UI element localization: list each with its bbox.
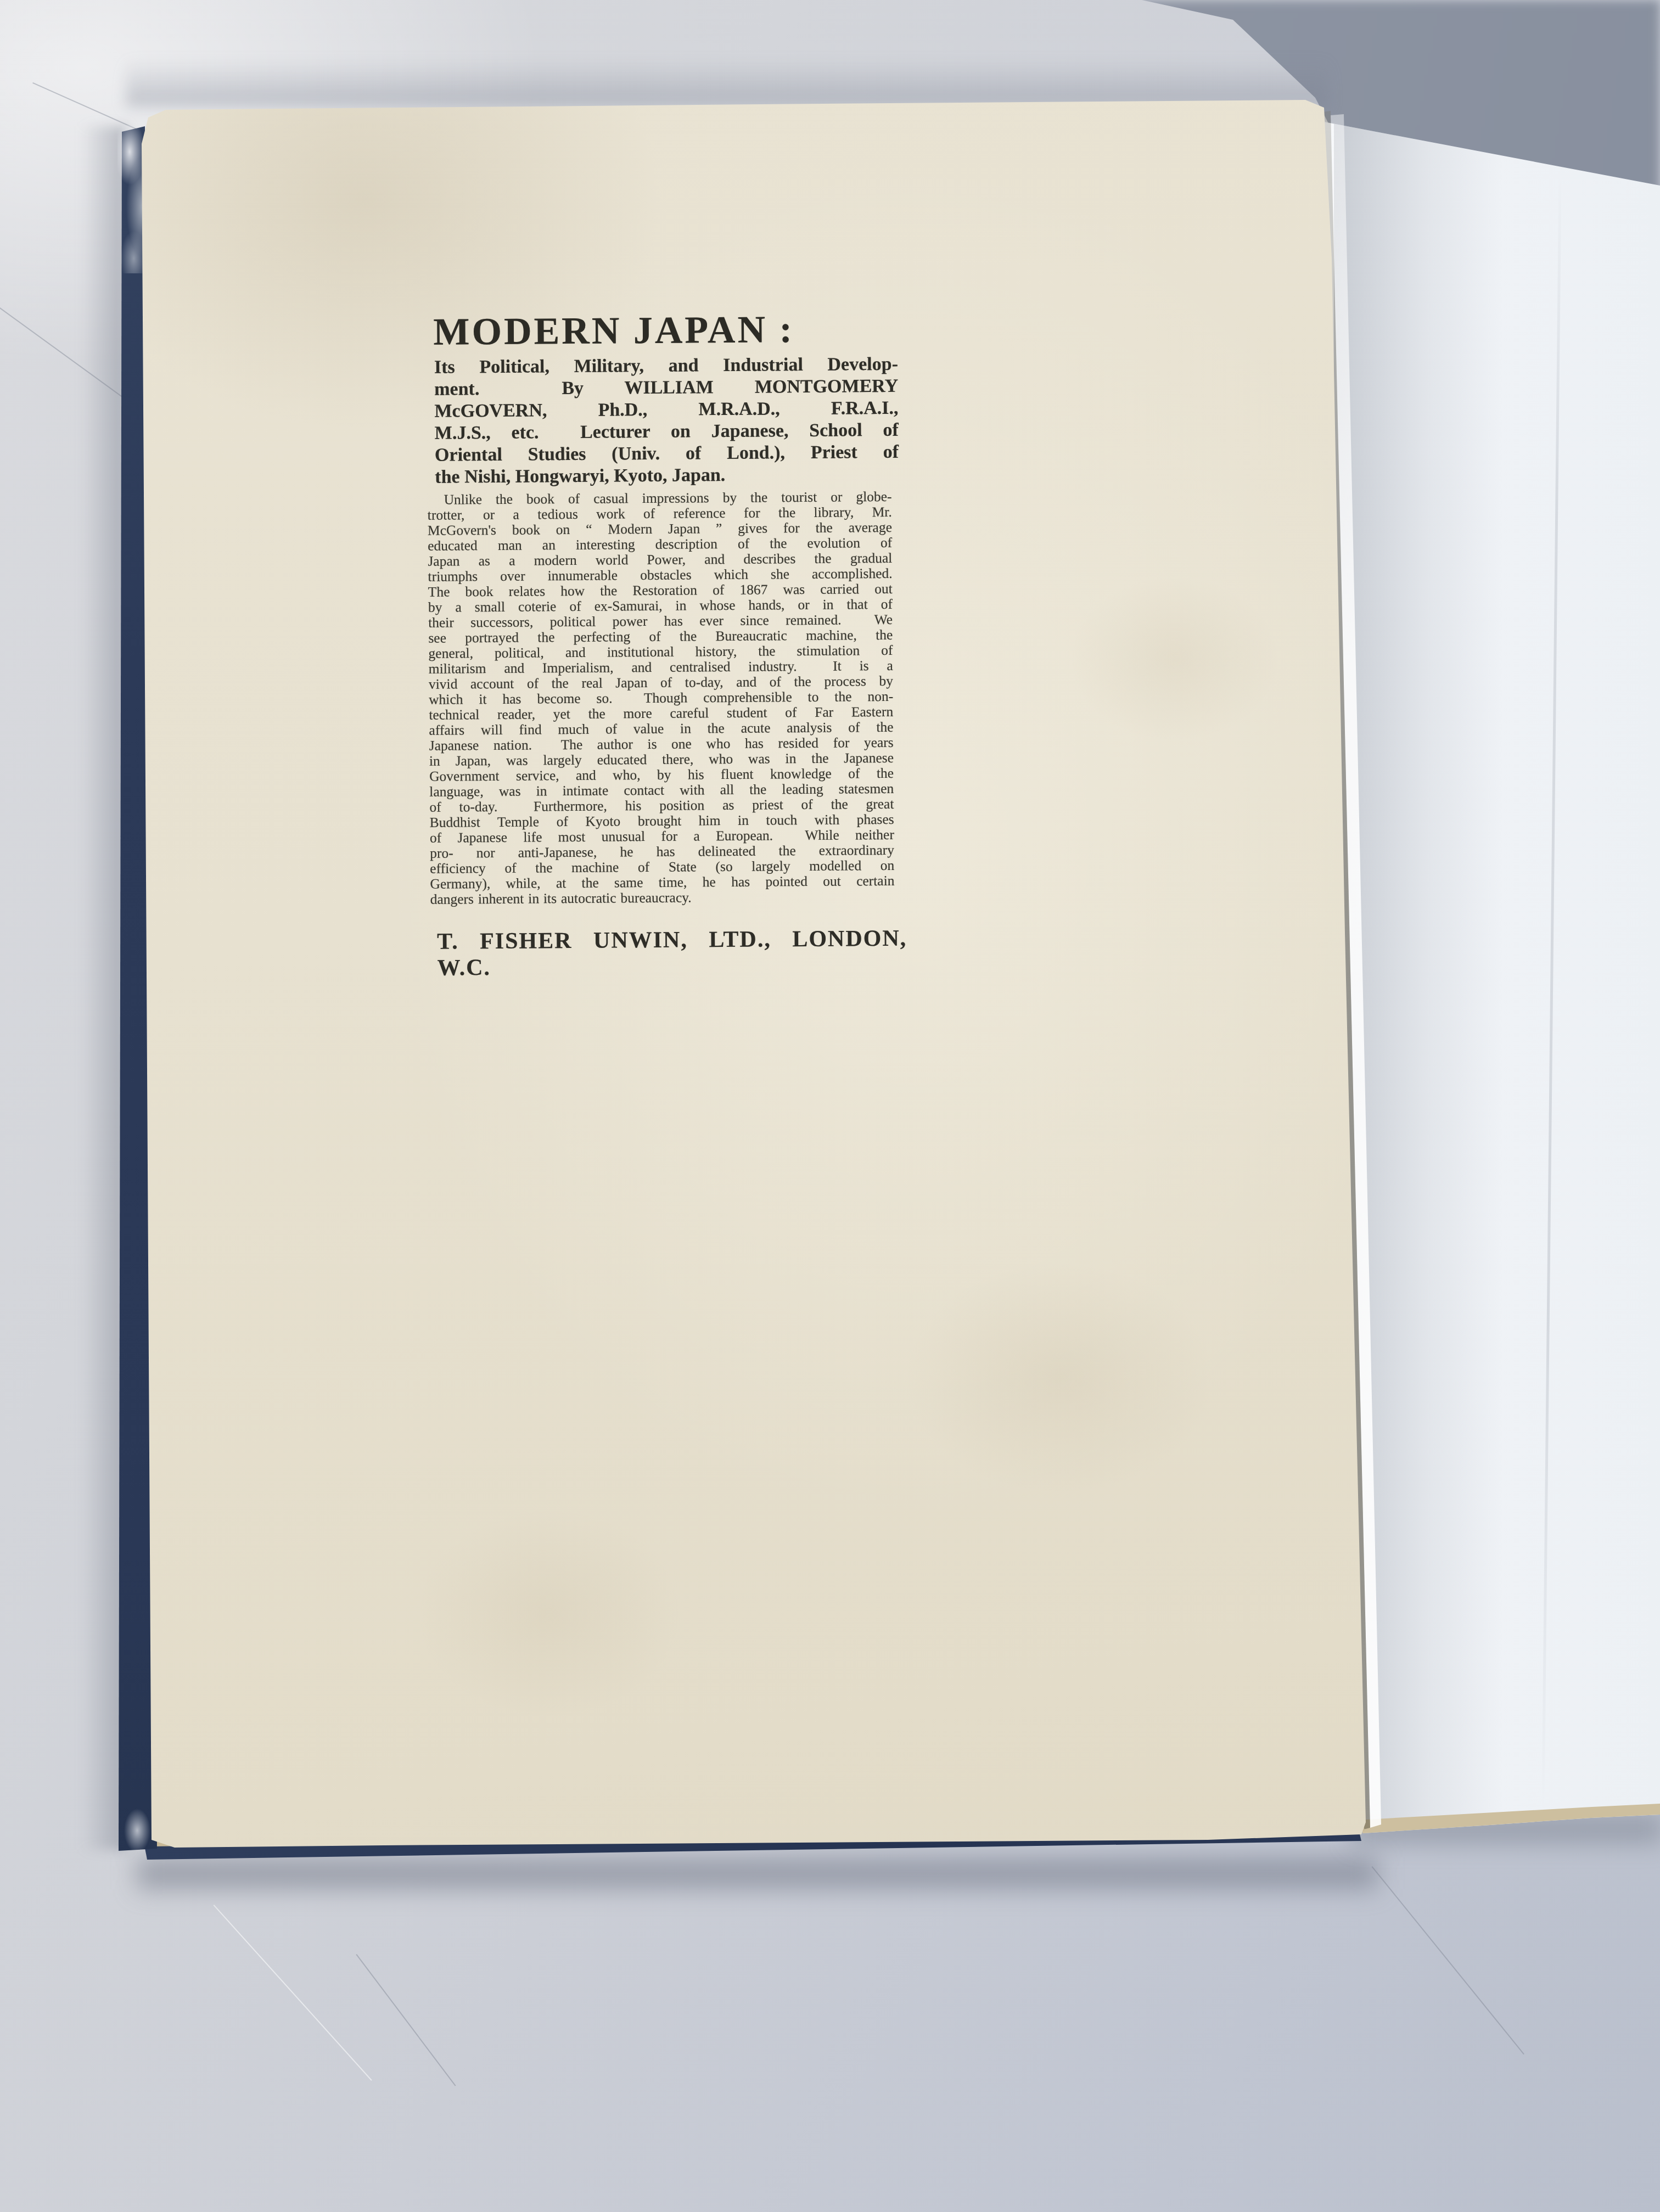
book-photo: MODERN JAPAN : Its Political, Military, … bbox=[0, 0, 1660, 2212]
book-bottom-shadow bbox=[137, 1857, 1378, 1889]
cover-wear-patch bbox=[121, 1806, 154, 1855]
page-crease bbox=[1541, 176, 1561, 1811]
synopsis-paragraph: Unlike the book of casual impressions by… bbox=[427, 489, 894, 907]
paper-blotch bbox=[417, 1509, 681, 1718]
printed-text-block: MODERN JAPAN : Its Political, Military, … bbox=[413, 293, 912, 1010]
book-top-shadow bbox=[126, 59, 1328, 106]
author-citation: Its Political, Military, and Industrial … bbox=[434, 353, 899, 489]
paper-blotch bbox=[1070, 576, 1279, 741]
paper-blotch bbox=[906, 1262, 1213, 1493]
publisher-imprint: T. FISHER UNWIN, LTD., LONDON, W.C. bbox=[437, 925, 907, 981]
book-title: MODERN JAPAN : bbox=[433, 308, 794, 355]
